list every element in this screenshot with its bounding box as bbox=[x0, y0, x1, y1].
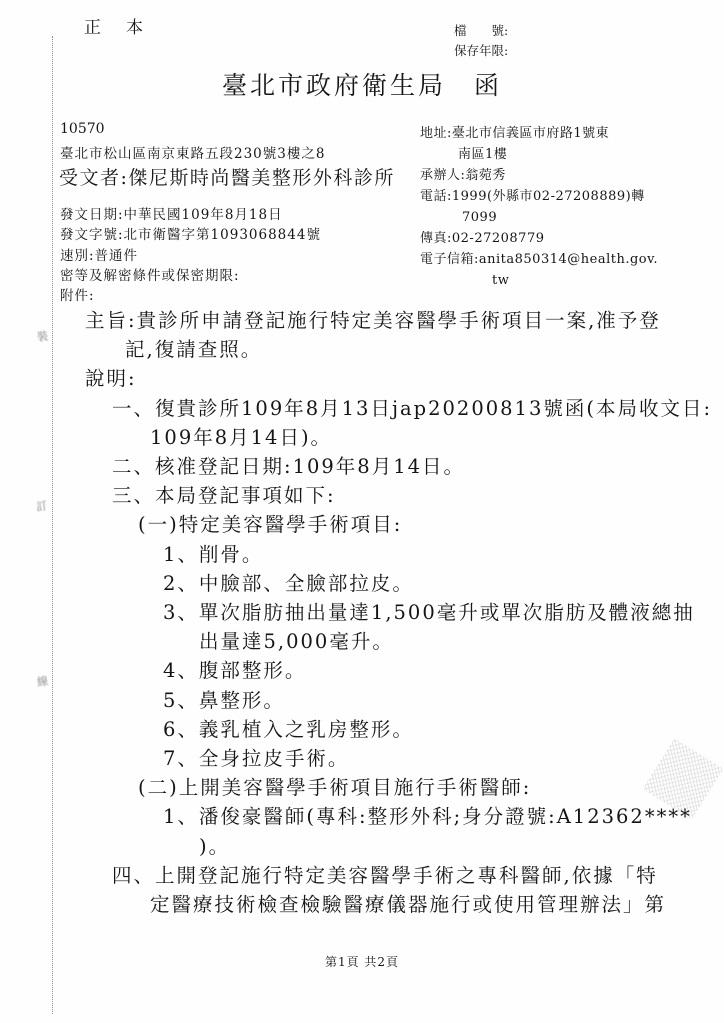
explanation-item-4-wrap: 定醫療技術檢查檢驗醫療儀器施行或使用管理辦法」第 bbox=[0, 890, 724, 919]
sub-item-2-heading: (二)上開美容醫學手術項目施行手術醫師: bbox=[0, 773, 724, 802]
retention-period-label: 保存年限: bbox=[454, 41, 508, 59]
explanation-item-3: 三、本局登記事項如下: bbox=[0, 481, 724, 510]
subject-line: 主旨:貴診所申請登記施行特定美容醫學手術項目一案,准予登 bbox=[0, 306, 724, 335]
phone-line: 電話:1999(外縣市02-27208889)轉 bbox=[420, 186, 658, 207]
document-meta-block: 發文日期:中華民國109年8月18日 發文字號:北市衛醫字第1093068844… bbox=[60, 205, 321, 306]
surgery-item-7: 7、全身拉皮手術。 bbox=[0, 744, 724, 773]
letter-body: 主旨:貴診所申請登記施行特定美容醫學手術項目一案,准予登 記,復請查照。 說明:… bbox=[0, 306, 724, 919]
surgery-item-1: 1、削骨。 bbox=[0, 540, 724, 569]
surgery-item-3-wrap: 出量達5,000毫升。 bbox=[0, 627, 724, 656]
subject-line-wrap: 記,復請查照。 bbox=[0, 335, 724, 364]
surgeon-item-1: 1、潘俊豪醫師(專科:整形外科;身分證號:A12362**** bbox=[0, 802, 724, 831]
attachment-line: 附件: bbox=[60, 286, 321, 306]
speed-class-line: 速別:普通件 bbox=[60, 246, 321, 266]
surgeon-item-1-wrap: )。 bbox=[0, 832, 724, 861]
agency-address-wrap: 南區1樓 bbox=[420, 144, 658, 165]
copy-type-label: 正 本 bbox=[84, 13, 147, 38]
agency-contact-block: 地址:臺北市信義區市府路1號東 南區1樓 承辦人:翁菀秀 電話:1999(外縣市… bbox=[420, 123, 658, 291]
surgery-item-6: 6、義乳植入之乳房整形。 bbox=[0, 715, 724, 744]
page-number-footer: 第1頁 共2頁 bbox=[0, 953, 724, 970]
contact-person-line: 承辦人:翁菀秀 bbox=[420, 165, 658, 186]
fax-line: 傳真:02-27208779 bbox=[420, 228, 658, 249]
surgery-item-2: 2、中臉部、全臉部拉皮。 bbox=[0, 569, 724, 598]
explanation-item-4: 四、上開登記施行特定美容醫學手術之專科醫師,依據「特 bbox=[0, 861, 724, 890]
doc-number-line: 發文字號:北市衛醫字第1093068844號 bbox=[60, 225, 321, 245]
surgery-item-5: 5、鼻整形。 bbox=[0, 686, 724, 715]
document-title: 臺北市政府衛生局 函 bbox=[0, 66, 724, 102]
security-grade-line: 密等及解密條件或保密期限: bbox=[60, 266, 321, 286]
recipient-zip-code: 10570 bbox=[60, 121, 105, 137]
phone-extension-wrap: 7099 bbox=[420, 207, 658, 228]
agency-address-line: 地址:臺北市信義區市府路1號東 bbox=[420, 123, 658, 144]
surgery-item-4: 4、腹部整形。 bbox=[0, 656, 724, 685]
surgery-item-3: 3、單次脂肪抽出量達1,500毫升或單次脂肪及體液總抽 bbox=[0, 598, 724, 627]
explanation-heading: 說明: bbox=[0, 364, 724, 393]
scanned-official-letter: 裝 訂 線 正 本 檔 號: 保存年限: 臺北市政府衛生局 函 10570 臺北… bbox=[0, 0, 724, 1023]
recipient-street-address: 臺北市松山區南京東路五段230號3樓之8 bbox=[60, 142, 325, 162]
issue-date-line: 發文日期:中華民國109年8月18日 bbox=[60, 205, 321, 225]
explanation-item-1-wrap: 109年8月14日)。 bbox=[0, 423, 724, 452]
email-line: 電子信箱:anita850314@health.gov. bbox=[420, 249, 658, 270]
email-wrap: tw bbox=[420, 270, 658, 291]
explanation-item-1: 一、復貴診所109年8月13日jap20200813號函(本局收文日: bbox=[0, 394, 724, 423]
explanation-item-2: 二、核准登記日期:109年8月14日。 bbox=[0, 452, 724, 481]
sub-item-1-heading: (一)特定美容醫學手術項目: bbox=[0, 510, 724, 539]
file-number-label: 檔 號: bbox=[454, 21, 508, 39]
recipient-line: 受文者:傑尼斯時尚醫美整形外科診所 bbox=[59, 163, 395, 190]
